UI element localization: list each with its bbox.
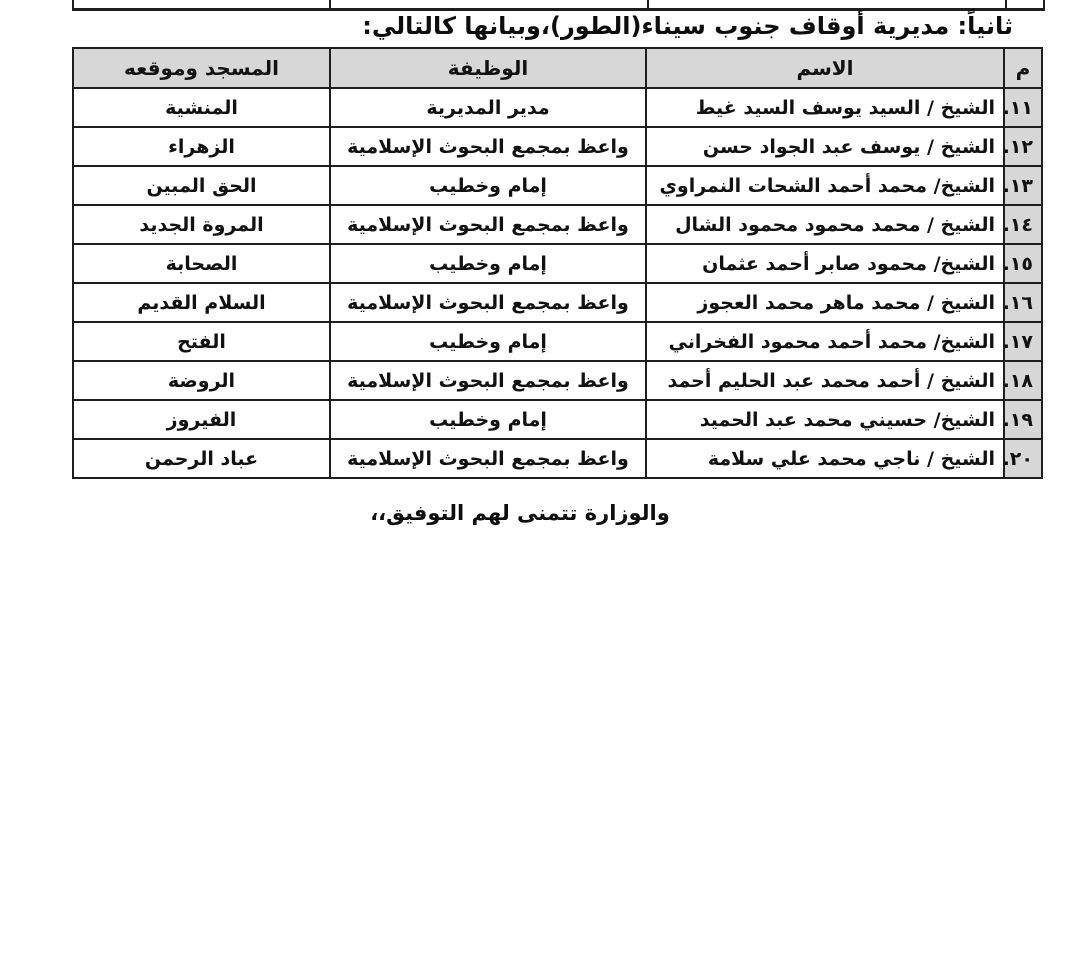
row-name-cell: الشيخ / يوسف عبد الجواد حسن: [646, 127, 1004, 166]
row-position-cell: إمام وخطيب: [330, 166, 646, 205]
row-mosque-cell: الروضة: [73, 361, 330, 400]
table-row: ١١. الشيخ / السيد يوسف السيد غيط مدير ال…: [73, 88, 1042, 127]
previous-table-bottom-edge: [72, 0, 1045, 11]
row-name-cell: الشيخ / ناجي محمد علي سلامة: [646, 439, 1004, 478]
document-page: ثانياً: مديرية أوقاف جنوب سيناء(الطور)،و…: [0, 0, 1069, 962]
roster-table: م الاسم الوظيفة المسجد وموقعه ١١. الشيخ …: [72, 47, 1043, 479]
row-name-cell: الشيخ / أحمد محمد عبد الحليم أحمد: [646, 361, 1004, 400]
row-mosque-cell: الفيروز: [73, 400, 330, 439]
row-position-cell: إمام وخطيب: [330, 322, 646, 361]
row-number-cell: ١٢.: [1004, 127, 1042, 166]
table-row: ١٩. الشيخ/ حسيني محمد عبد الحميد إمام وخ…: [73, 400, 1042, 439]
header-number-cell: م: [1004, 48, 1042, 88]
row-mosque-cell: الزهراء: [73, 127, 330, 166]
row-name-cell: الشيخ / محمد ماهر محمد العجوز: [646, 283, 1004, 322]
table-row: ١٢. الشيخ / يوسف عبد الجواد حسن واعظ بمج…: [73, 127, 1042, 166]
table-header-row: م الاسم الوظيفة المسجد وموقعه: [73, 48, 1042, 88]
row-mosque-cell: المروة الجديد: [73, 205, 330, 244]
row-name-cell: الشيخ/ محمد أحمد محمود الفخراني: [646, 322, 1004, 361]
row-mosque-cell: الفتح: [73, 322, 330, 361]
table-row: ١٦. الشيخ / محمد ماهر محمد العجوز واعظ ب…: [73, 283, 1042, 322]
table-row: ١٨. الشيخ / أحمد محمد عبد الحليم أحمد وا…: [73, 361, 1042, 400]
row-position-cell: إمام وخطيب: [330, 400, 646, 439]
row-position-cell: واعظ بمجمع البحوث الإسلامية: [330, 127, 646, 166]
row-position-cell: مدير المديرية: [330, 88, 646, 127]
row-position-cell: واعظ بمجمع البحوث الإسلامية: [330, 361, 646, 400]
row-name-cell: الشيخ / محمد محمود محمود الشال: [646, 205, 1004, 244]
header-position-cell: الوظيفة: [330, 48, 646, 88]
row-name-cell: الشيخ/ حسيني محمد عبد الحميد: [646, 400, 1004, 439]
footer-note: والوزارة تتمنى لهم التوفيق،،: [0, 501, 1040, 525]
row-number-cell: ١٥.: [1004, 244, 1042, 283]
row-number-cell: ١٨.: [1004, 361, 1042, 400]
row-position-cell: واعظ بمجمع البحوث الإسلامية: [330, 205, 646, 244]
row-number-cell: ١٦.: [1004, 283, 1042, 322]
row-name-cell: الشيخ/ محمد أحمد الشحات النمراوي: [646, 166, 1004, 205]
table-row: ١٥. الشيخ/ محمود صابر أحمد عثمان إمام وخ…: [73, 244, 1042, 283]
row-number-cell: ١١.: [1004, 88, 1042, 127]
prev-table-divider-number: [1005, 0, 1007, 8]
table-row: ١٣. الشيخ/ محمد أحمد الشحات النمراوي إما…: [73, 166, 1042, 205]
table-row: ١٤. الشيخ / محمد محمود محمود الشال واعظ …: [73, 205, 1042, 244]
row-position-cell: واعظ بمجمع البحوث الإسلامية: [330, 283, 646, 322]
row-mosque-cell: عباد الرحمن: [73, 439, 330, 478]
row-mosque-cell: الصحابة: [73, 244, 330, 283]
row-mosque-cell: السلام القديم: [73, 283, 330, 322]
row-name-cell: الشيخ / السيد يوسف السيد غيط: [646, 88, 1004, 127]
row-number-cell: ١٣.: [1004, 166, 1042, 205]
table-row: ٢٠. الشيخ / ناجي محمد علي سلامة واعظ بمج…: [73, 439, 1042, 478]
header-name-cell: الاسم: [646, 48, 1004, 88]
row-position-cell: إمام وخطيب: [330, 244, 646, 283]
prev-table-divider-position: [329, 0, 331, 8]
prev-table-divider-name: [647, 0, 649, 8]
header-mosque-cell: المسجد وموقعه: [73, 48, 330, 88]
row-number-cell: ١٤.: [1004, 205, 1042, 244]
row-mosque-cell: المنشية: [73, 88, 330, 127]
row-number-cell: ١٩.: [1004, 400, 1042, 439]
table-row: ١٧. الشيخ/ محمد أحمد محمود الفخراني إمام…: [73, 322, 1042, 361]
row-number-cell: ٢٠.: [1004, 439, 1042, 478]
row-number-cell: ١٧.: [1004, 322, 1042, 361]
row-position-cell: واعظ بمجمع البحوث الإسلامية: [330, 439, 646, 478]
row-mosque-cell: الحق المبين: [73, 166, 330, 205]
row-name-cell: الشيخ/ محمود صابر أحمد عثمان: [646, 244, 1004, 283]
section-title: ثانياً: مديرية أوقاف جنوب سيناء(الطور)،و…: [362, 12, 1013, 40]
